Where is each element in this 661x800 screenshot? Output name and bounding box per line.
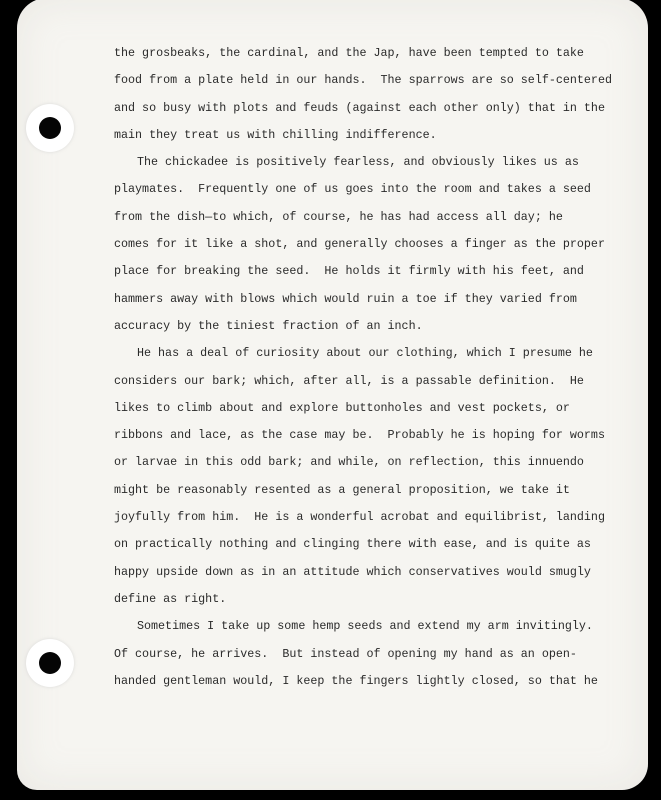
text-line: food from a plate held in our hands. The…	[114, 67, 634, 94]
text-line: place for breaking the seed. He holds it…	[114, 258, 634, 285]
punch-hole-bottom	[26, 639, 74, 687]
text-line: joyfully from him. He is a wonderful acr…	[114, 504, 634, 531]
text-line: main they treat us with chilling indiffe…	[114, 122, 634, 149]
paragraph-start-line: He has a deal of curiosity about our clo…	[114, 340, 634, 367]
text-line: from the dish—to which, of course, he ha…	[114, 204, 634, 231]
text-line: ribbons and lace, as the case may be. Pr…	[114, 422, 634, 449]
punch-hole-top-inner	[39, 117, 61, 139]
typewritten-body: the grosbeaks, the cardinal, and the Jap…	[114, 40, 634, 695]
text-line: might be reasonably resented as a genera…	[114, 477, 634, 504]
text-line: accuracy by the tiniest fraction of an i…	[114, 313, 634, 340]
text-line: happy upside down as in an attitude whic…	[114, 559, 634, 586]
text-line: considers our bark; which, after all, is…	[114, 368, 634, 395]
text-line: and so busy with plots and feuds (agains…	[114, 95, 634, 122]
punch-hole-bottom-inner	[39, 652, 61, 674]
text-line: on practically nothing and clinging ther…	[114, 531, 634, 558]
text-line: the grosbeaks, the cardinal, and the Jap…	[114, 40, 634, 67]
text-line: likes to climb about and explore buttonh…	[114, 395, 634, 422]
text-line: Of course, he arrives. But instead of op…	[114, 641, 634, 668]
text-line: handed gentleman would, I keep the finge…	[114, 668, 634, 695]
text-line: comes for it like a shot, and generally …	[114, 231, 634, 258]
text-line: playmates. Frequently one of us goes int…	[114, 176, 634, 203]
text-line: or larvae in this odd bark; and while, o…	[114, 449, 634, 476]
paragraph-start-line: The chickadee is positively fearless, an…	[114, 149, 634, 176]
paragraph-start-line: Sometimes I take up some hemp seeds and …	[114, 613, 634, 640]
punch-hole-top	[26, 104, 74, 152]
text-line: hammers away with blows which would ruin…	[114, 286, 634, 313]
text-line: define as right.	[114, 586, 634, 613]
